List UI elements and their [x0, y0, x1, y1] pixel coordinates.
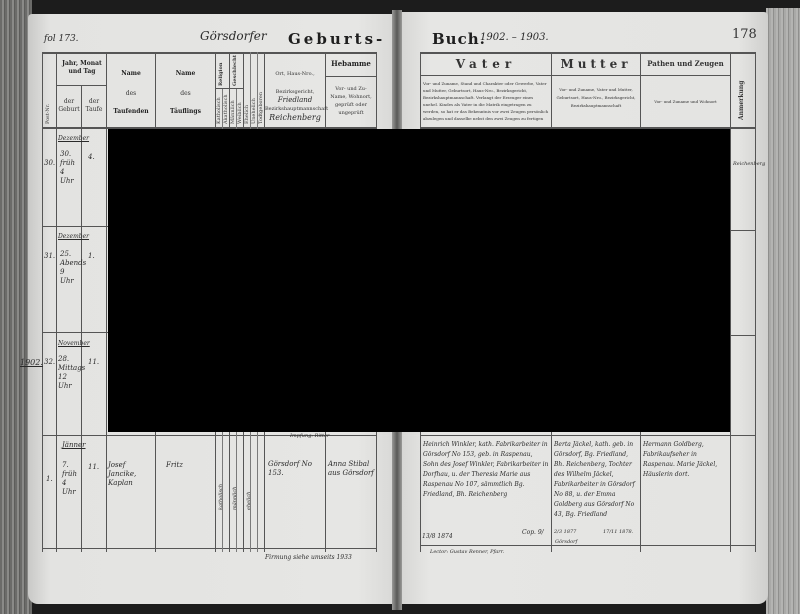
col-baptizer: Name des Taufenden	[107, 70, 155, 116]
col-place: Ort, Haus-Nro., Bezirksgericht, Friedlan…	[265, 70, 325, 122]
col-remarks: Anmerkung	[738, 75, 745, 120]
col-date-baptism: der Taufe	[82, 98, 106, 114]
register-title-left: Geburts-	[288, 30, 385, 48]
row-child: Fritz	[166, 461, 183, 470]
row-godparents: Hermann Goldberg, Fabrikaufseher in Rasp…	[643, 440, 729, 480]
row-post-nr: 30.	[44, 159, 55, 168]
col-stillborn: Todtgeboren	[258, 92, 264, 124]
row-father: Heinrich Winkler, kath. Fabrikarbeiter i…	[423, 440, 549, 500]
row-year-margin: 1902.	[20, 358, 43, 367]
row-month: Dezember	[58, 232, 89, 241]
col-baptizer-l2: des	[107, 90, 155, 98]
row-footer-note: Lector: Gustav Renner, Pfarr.	[430, 548, 504, 557]
row-baptism: 11.	[88, 358, 99, 367]
col-place-l1: Ort, Haus-Nro.,	[265, 70, 325, 78]
col-godparents-desc: Vor- und Zuname und Wohnort	[641, 98, 730, 106]
row-mother-date: 2/3 1877	[554, 528, 576, 537]
col-midwife-desc: Vor- und Zu-Name, Wohnort, geprüft oder …	[328, 85, 374, 117]
col-father: Vater	[421, 56, 551, 72]
row-post-nr: 1.	[46, 475, 53, 484]
row-mother-date2: 17/11 1878.	[603, 528, 633, 537]
col-place-l2: Bezirksgericht,	[265, 88, 325, 96]
row-baptism: 1.	[88, 252, 95, 261]
col-godparents: Pathen und Zeugen	[641, 58, 730, 70]
col-religion-acatholic: Akatholisch	[223, 92, 229, 124]
col-place-court: Friedland	[265, 96, 325, 105]
row-midwife: Anna Stibal aus Görsdorf	[328, 460, 374, 478]
col-child-l1: Name	[156, 70, 215, 78]
col-sex: Geschlecht	[232, 58, 238, 86]
year-range: 1902. – 1903.	[480, 33, 549, 42]
row-place: Görsdorf No 153.	[268, 460, 318, 478]
col-child: Name des Täuflings	[156, 70, 215, 116]
row-mother: Berta Jäckel, kath. geb. in Görsdorf, Bg…	[554, 440, 640, 520]
row-remarks: Reichenberg	[733, 160, 755, 169]
row-baptism: 4.	[88, 153, 95, 162]
register-title-right: Buch.	[432, 30, 486, 48]
row-month: November	[58, 339, 90, 348]
row-note-above: Impfung: Ritter	[290, 432, 329, 441]
col-illegit: Unehelich	[251, 92, 257, 124]
row-mother-sig: Görsdorf	[555, 538, 577, 547]
col-father-desc: Vor- und Zuname, Stand und Charakter ode…	[423, 80, 549, 122]
col-child-l2: des	[156, 90, 215, 98]
row-religion-mark: katholisch	[217, 470, 226, 510]
col-place-l3: Bezirkshauptmannschaft	[265, 105, 325, 113]
book-edge-right	[766, 8, 800, 614]
col-mother-desc: Vor- und Zuname, Vater und Mutter, Gebur…	[556, 86, 636, 110]
row-birth: 30. früh 4 Uhr	[60, 150, 80, 186]
col-religion: Religion	[218, 58, 224, 86]
row-baptism: 11.	[88, 463, 99, 472]
redaction-block	[108, 129, 730, 432]
parish-name: Görsdorfer	[200, 32, 267, 41]
row-post-nr: 31.	[44, 252, 55, 261]
col-sex-female: Weiblich	[237, 92, 243, 124]
col-child-l3: Täuflings	[156, 108, 215, 116]
row-post-nr: 32.	[44, 358, 55, 367]
row-month: Jänner	[62, 441, 86, 450]
row-month: Dezember	[58, 134, 89, 143]
folio-note: fol 173.	[44, 35, 79, 44]
row-birth: 25. Abends 9 Uhr	[60, 250, 80, 286]
col-place-district: Reichenberg	[265, 113, 325, 122]
page-number: 178	[732, 27, 757, 42]
col-legit: Ehelich	[244, 92, 250, 124]
row-birth: 7. früh 4 Uhr	[62, 461, 80, 497]
row-father-date: 13/8 1874	[422, 532, 453, 541]
col-post-nr: Post-Nr.	[45, 88, 51, 124]
row-baptizer: Josef Jancike, Kaplan	[108, 461, 154, 488]
col-mother: Mutter	[552, 56, 640, 72]
row-birth: 28. Mittags 12 Uhr	[58, 355, 80, 391]
row-father-sig: Cop. 9/	[522, 528, 544, 537]
row-legit-mark: ehelich	[245, 470, 254, 510]
row-footer-note: Firmung siehe umseits 1933	[265, 553, 352, 562]
col-midwife: Hebamme	[326, 60, 376, 68]
row-sex-mark: männlich	[231, 470, 240, 510]
col-baptizer-l3: Taufenden	[107, 108, 155, 116]
col-date-group: Jahr, Monat und Tag	[58, 60, 106, 76]
col-sex-male: Männlich	[230, 92, 236, 124]
col-baptizer-l1: Name	[107, 70, 155, 78]
col-date-birth: der Geburt	[57, 98, 81, 114]
col-religion-catholic: Katholisch	[216, 92, 222, 124]
